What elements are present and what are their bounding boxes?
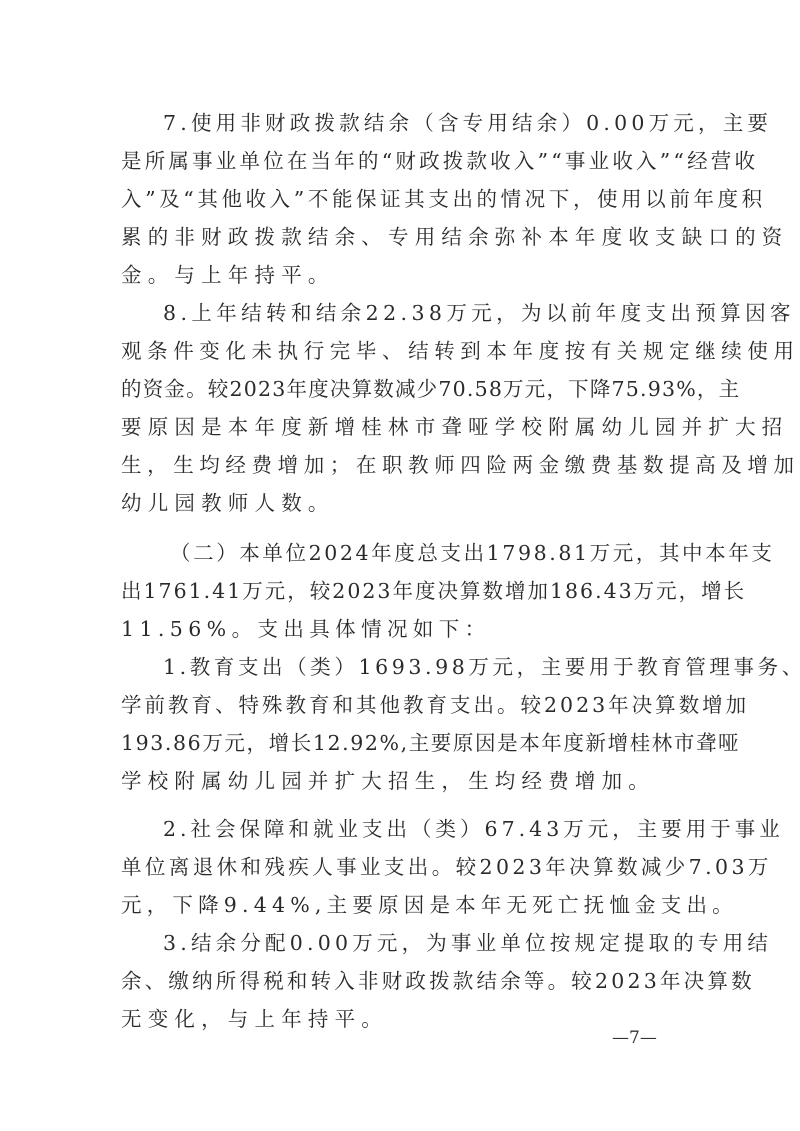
document-page: 7.使用非财政拨款结余（含专用结余）0.00万元，主要 是所属事业单位在当年的“… <box>0 0 800 1131</box>
text-line: 7.使用非财政拨款结余（含专用结余）0.00万元，主要 <box>163 108 683 138</box>
text-line: 无变化，与上年持平。 <box>121 1004 681 1034</box>
text-line: 生，生均经费增加；在职教师四险两金缴费基数提高及增加 <box>121 450 681 480</box>
text-line: 3.结余分配0.00万元，为事业单位按规定提取的专用结 <box>163 928 683 958</box>
text-line: 单位离退休和残疾人事业支出。较2023年决算数减少7.03万 <box>121 852 681 882</box>
text-line: 2.社会保障和就业支出（类）67.43万元，主要用于事业 <box>163 814 683 844</box>
text-line: 8.上年结转和结余22.38万元，为以前年度支出预算因客 <box>163 298 683 328</box>
text-line: 的资金。较2023年度决算数减少70.58万元，下降75.93%，主 <box>121 374 681 404</box>
text-line: 是所属事业单位在当年的“财政拨款收入”“事业收入”“经营收 <box>121 146 681 176</box>
text-line: 11.56%。支出具体情况如下： <box>121 614 681 644</box>
text-line: 观条件变化未执行完毕、结转到本年度按有关规定继续使用 <box>121 336 681 366</box>
text-line: 学前教育、特殊教育和其他教育支出。较2023年决算数增加 <box>121 690 681 720</box>
page-number: —7— <box>612 1028 657 1048</box>
section-heading-line: （二）本单位2024年度总支出1798.81万元，其中本年支 <box>170 538 730 568</box>
text-line: 累的非财政拨款结余、专用结余弥补本年度收支缺口的资 <box>121 222 681 252</box>
text-line: 学校附属幼儿园并扩大招生，生均经费增加。 <box>121 766 681 796</box>
text-line: 幼儿园教师人数。 <box>121 488 681 518</box>
text-line: 要原因是本年度新增桂林市聋哑学校附属幼儿园并扩大招 <box>121 412 681 442</box>
text-line: 1.教育支出（类）1693.98万元，主要用于教育管理事务、 <box>163 652 683 682</box>
text-line: 元，下降9.44%,主要原因是本年无死亡抚恤金支出。 <box>121 890 681 920</box>
text-line: 入”及“其他收入”不能保证其支出的情况下，使用以前年度积 <box>121 184 681 214</box>
text-line: 余、缴纳所得税和转入非财政拨款结余等。较2023年决算数 <box>121 966 681 996</box>
text-line: 193.86万元，增长12.92%,主要原因是本年度新增桂林市聋哑 <box>121 728 681 758</box>
text-line: 出1761.41万元，较2023年度决算数增加186.43万元，增长 <box>121 576 681 606</box>
text-line: 金。与上年持平。 <box>121 260 681 290</box>
